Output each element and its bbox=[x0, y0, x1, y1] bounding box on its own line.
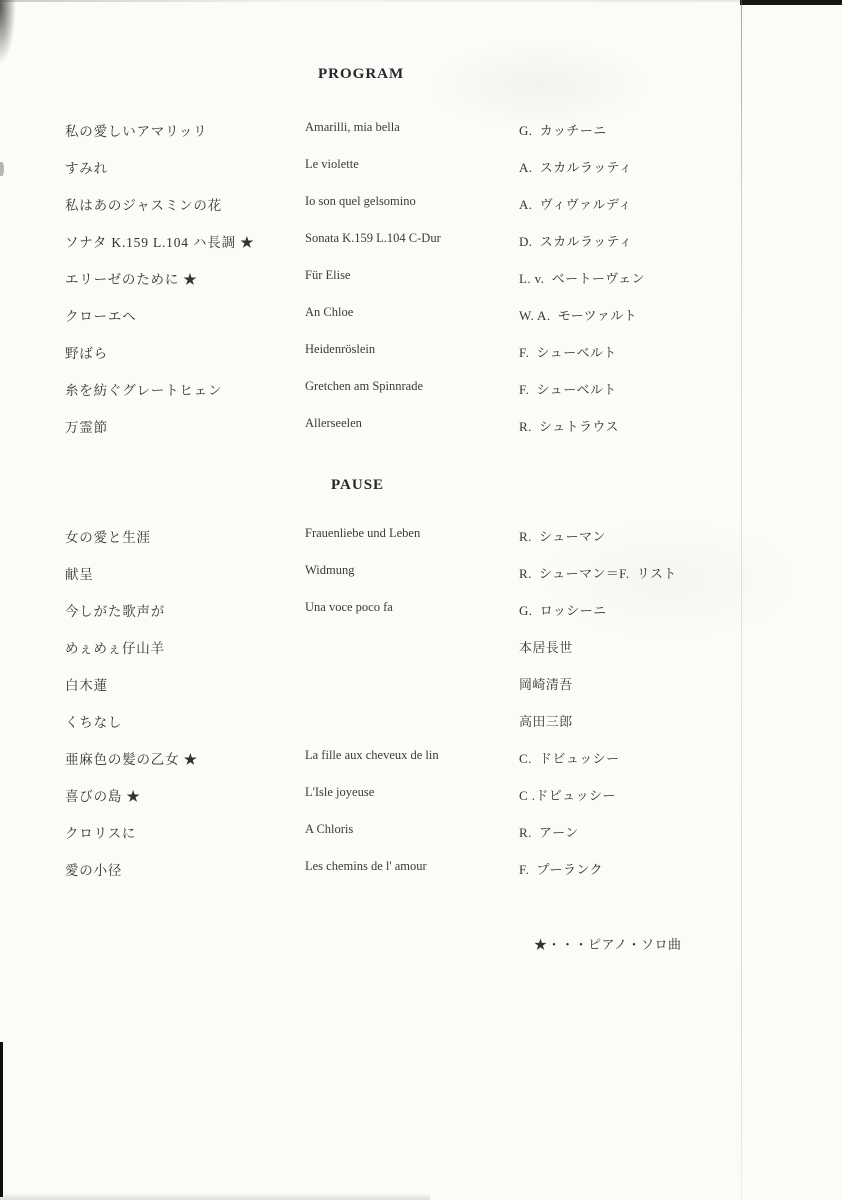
row-composer: G. カッチーニ bbox=[519, 120, 607, 139]
row-title-original: Les chemins de l' amour bbox=[305, 859, 427, 874]
row-composer: F. シューベルト bbox=[519, 342, 617, 361]
row-composer: A. スカルラッティ bbox=[519, 157, 632, 176]
row-composer: R. シューマン＝F. リスト bbox=[519, 563, 677, 582]
row-title-original: A Chloris bbox=[305, 822, 353, 837]
program-row: 万霊節 Allerseelen R. シュトラウス bbox=[0, 416, 842, 438]
program-row: クローエへ An Chloe W. A. モーツァルト bbox=[0, 305, 842, 327]
row-title-jp: 愛の小径 bbox=[65, 859, 122, 879]
program-row: クロリスに A Chloris R. アーン bbox=[0, 822, 842, 844]
row-title-original: Heidenröslein bbox=[305, 342, 375, 357]
program-row: 献呈 Widmung R. シューマン＝F. リスト bbox=[0, 563, 842, 585]
row-title-jp: すみれ bbox=[65, 157, 108, 177]
pause-heading: PAUSE bbox=[331, 477, 384, 494]
row-title-original: Le violette bbox=[305, 157, 359, 172]
row-title-jp: 女の愛と生涯 bbox=[65, 526, 151, 546]
row-composer: C. ドビュッシー bbox=[519, 748, 619, 767]
paper-tint bbox=[430, 40, 650, 130]
scan-corner-shadow bbox=[0, 0, 16, 64]
row-title-jp: めぇめぇ仔山羊 bbox=[65, 637, 165, 657]
row-composer: 本居長世 bbox=[519, 637, 573, 656]
page-title: PROGRAM bbox=[318, 66, 404, 83]
program-row: 喜びの島 ★ L'Isle joyeuse C .ドビュッシー bbox=[0, 785, 842, 807]
row-title-jp: クロリスに bbox=[65, 822, 136, 842]
row-title-original: L'Isle joyeuse bbox=[305, 785, 374, 800]
piano-solo-footnote: ★・・・ピアノ・ソロ曲 bbox=[534, 934, 681, 953]
row-title-jp: ソナタ K.159 L.104 ハ長調 ★ bbox=[65, 231, 254, 251]
row-title-jp: 献呈 bbox=[65, 563, 94, 583]
program-row: エリーゼのために ★ Für Elise L. v. ベートーヴェン bbox=[0, 268, 842, 290]
row-composer: R. シュトラウス bbox=[519, 416, 619, 435]
row-title-original: Allerseelen bbox=[305, 416, 362, 431]
scan-black-bar bbox=[0, 1042, 3, 1197]
row-composer: 高田三郎 bbox=[519, 711, 573, 730]
row-composer: A. ヴィヴァルディ bbox=[519, 194, 632, 213]
program-row: 女の愛と生涯 Frauenliebe und Leben R. シューマン bbox=[0, 526, 842, 548]
row-composer: L. v. ベートーヴェン bbox=[519, 268, 645, 287]
row-title-jp: 糸を紡ぐグレートヒェン bbox=[65, 379, 222, 399]
row-title-original: Una voce poco fa bbox=[305, 600, 393, 615]
program-row: 私の愛しいアマリッリ Amarilli, mia bella G. カッチーニ bbox=[0, 120, 842, 142]
program-row: 白木蓮 岡崎清吾 bbox=[0, 674, 842, 696]
program-row: 私はあのジャスミンの花 Io son quel gelsomino A. ヴィヴ… bbox=[0, 194, 842, 216]
row-title-jp: クローエへ bbox=[65, 305, 137, 325]
row-title-jp: 白木蓮 bbox=[65, 674, 108, 694]
scan-black-strip bbox=[740, 0, 842, 5]
row-composer: R. アーン bbox=[519, 822, 579, 841]
row-title-jp: エリーゼのために ★ bbox=[65, 268, 198, 288]
program-row: すみれ Le violette A. スカルラッティ bbox=[0, 157, 842, 179]
program-row: 野ばら Heidenröslein F. シューベルト bbox=[0, 342, 842, 364]
row-title-jp: 喜びの島 ★ bbox=[65, 785, 141, 805]
row-composer: G. ロッシーニ bbox=[519, 600, 606, 619]
row-title-original: Gretchen am Spinnrade bbox=[305, 379, 423, 394]
program-row: ソナタ K.159 L.104 ハ長調 ★ Sonata K.159 L.104… bbox=[0, 231, 842, 253]
row-title-jp: 私はあのジャスミンの花 bbox=[65, 194, 222, 214]
program-row: 糸を紡ぐグレートヒェン Gretchen am Spinnrade F. シュー… bbox=[0, 379, 842, 401]
row-title-jp: 万霊節 bbox=[65, 416, 108, 436]
row-title-jp: 亜麻色の髪の乙女 ★ bbox=[65, 748, 198, 768]
row-composer: 岡崎清吾 bbox=[519, 674, 573, 693]
row-title-jp: 私の愛しいアマリッリ bbox=[65, 120, 207, 140]
row-composer: C .ドビュッシー bbox=[519, 785, 616, 804]
scan-top-edge bbox=[0, 0, 741, 2]
row-title-original: La fille aux cheveux de lin bbox=[305, 748, 439, 763]
row-title-original: Amarilli, mia bella bbox=[305, 120, 400, 135]
row-title-original: An Chloe bbox=[305, 305, 353, 320]
row-title-jp: 野ばら bbox=[65, 342, 108, 362]
row-composer: F. シューベルト bbox=[519, 379, 617, 398]
program-row: 今しがた歌声が Una voce poco fa G. ロッシーニ bbox=[0, 600, 842, 622]
program-row: くちなし 高田三郎 bbox=[0, 711, 842, 733]
row-title-original: Sonata K.159 L.104 C-Dur bbox=[305, 231, 441, 246]
scanned-program-page: PROGRAM PAUSE 私の愛しいアマリッリ Amarilli, mia b… bbox=[0, 0, 842, 1200]
row-composer: D. スカルラッティ bbox=[519, 231, 632, 250]
program-row: 愛の小径 Les chemins de l' amour F. プーランク bbox=[0, 859, 842, 881]
row-title-jp: くちなし bbox=[65, 711, 122, 731]
row-composer: W. A. モーツァルト bbox=[519, 305, 637, 324]
row-title-original: Für Elise bbox=[305, 268, 350, 283]
program-row: 亜麻色の髪の乙女 ★ La fille aux cheveux de lin C… bbox=[0, 748, 842, 770]
row-title-original: Io son quel gelsomino bbox=[305, 194, 416, 209]
scan-bottom-shadow bbox=[0, 1193, 430, 1200]
row-composer: F. プーランク bbox=[519, 859, 603, 878]
row-title-jp: 今しがた歌声が bbox=[65, 600, 165, 620]
program-row: めぇめぇ仔山羊 本居長世 bbox=[0, 637, 842, 659]
row-composer: R. シューマン bbox=[519, 526, 606, 545]
row-title-original: Widmung bbox=[305, 563, 355, 578]
row-title-original: Frauenliebe und Leben bbox=[305, 526, 420, 541]
